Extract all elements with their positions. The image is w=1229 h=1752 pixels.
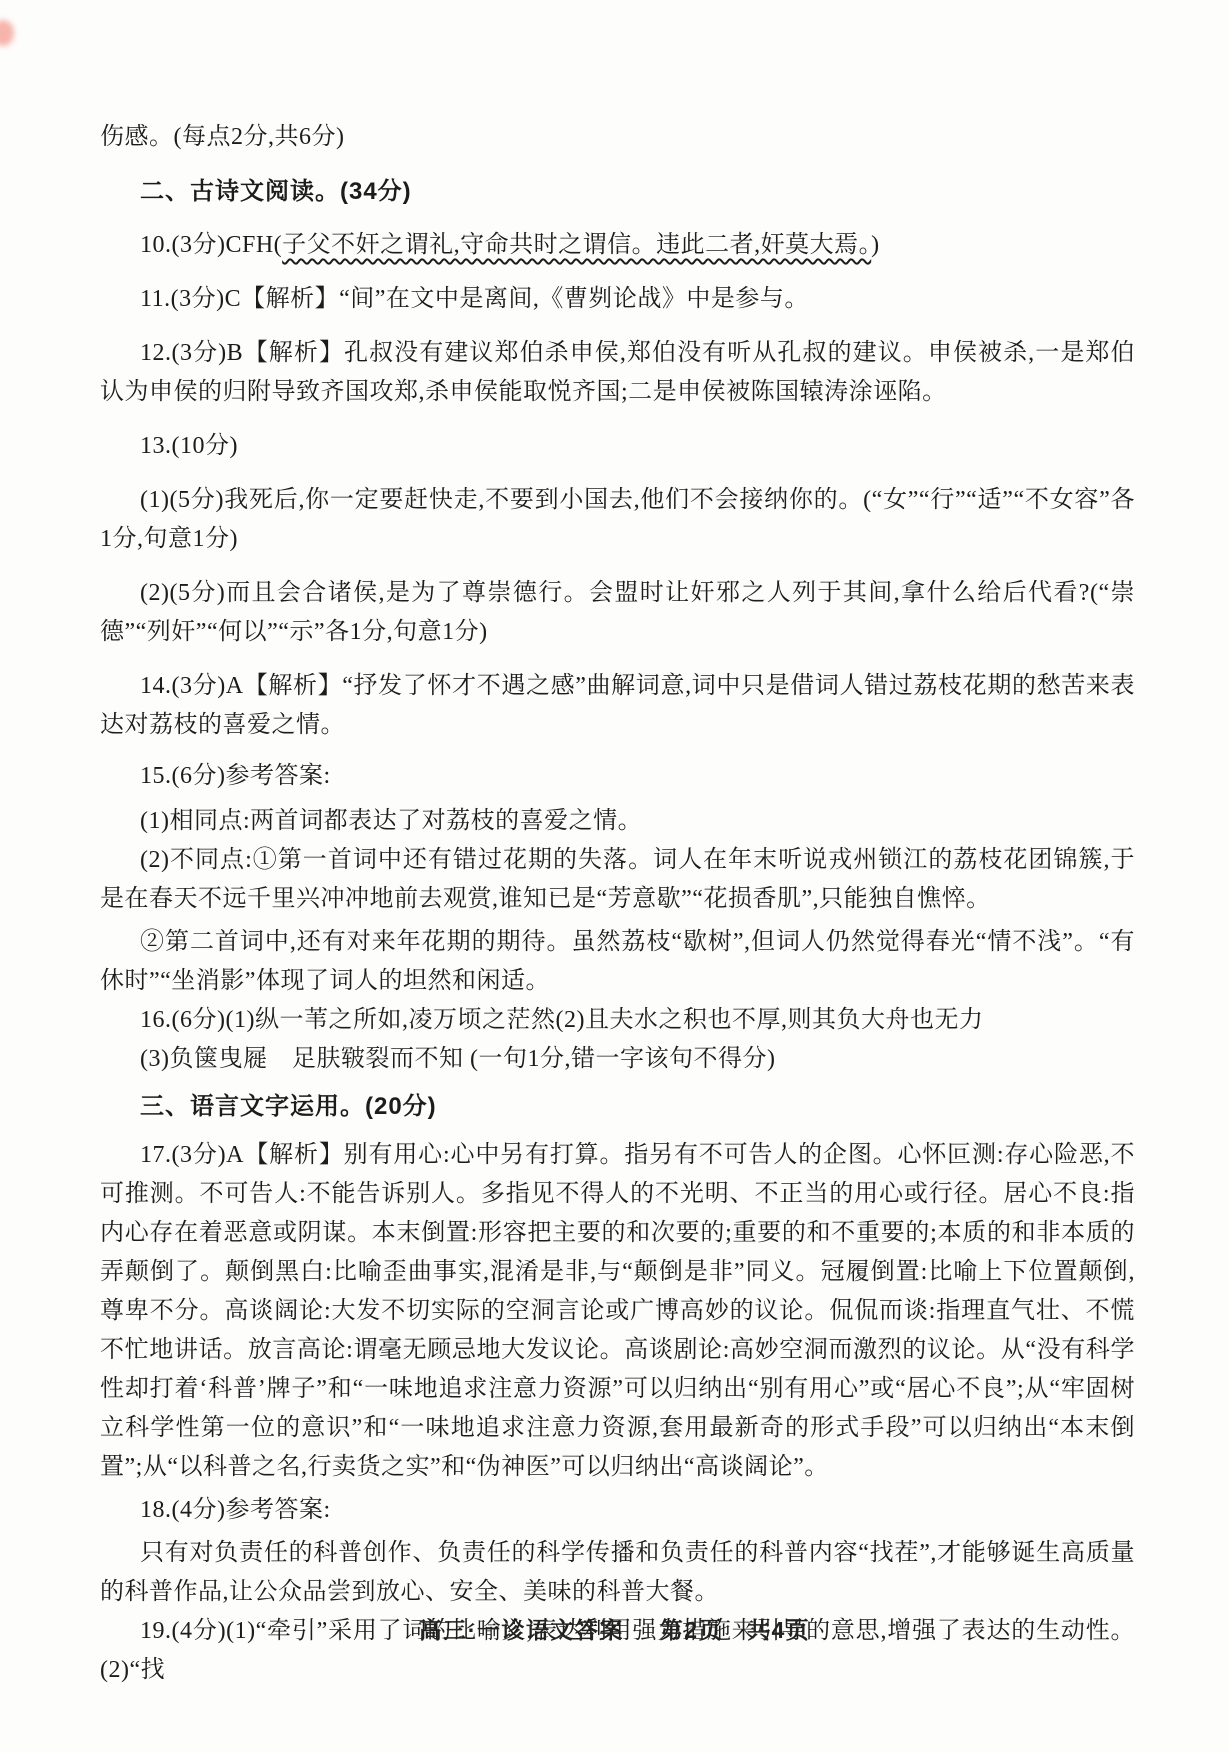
q10-prefix: 10.(3分)CFH(	[140, 232, 282, 258]
section-heading-classical-reading: 二、古诗文阅读。(34分)	[100, 172, 1135, 211]
answer-q18-body: 只有对负责任的科普创作、负责任的科学传播和负责任的科普内容“找茬”,才能够诞生高…	[100, 1534, 1135, 1612]
answer-q13-part2: (2)(5分)而且会合诸侯,是为了尊崇德行。会盟时让奸邪之人列于其间,拿什么给后…	[100, 574, 1135, 652]
answer-q16-part3: (3)负箧曳屣 足肤皲裂而不知 (一句1分,错一字该句不得分)	[100, 1040, 1135, 1079]
answer-q18-heading: 18.(4分)参考答案:	[100, 1491, 1135, 1530]
answer-q15-same-point: (1)相同点:两首词都表达了对荔枝的喜爱之情。	[100, 802, 1135, 841]
answer-q17: 17.(3分)A【解析】别有用心:心中另有打算。指另有不可告人的企图。心怀叵测:…	[100, 1136, 1135, 1487]
page-footer: 高三·一诊语文答案 第2页 共4页	[0, 1612, 1229, 1645]
footer-page-number: 第2页	[660, 1612, 723, 1645]
footer-page-total: 共4页	[747, 1612, 810, 1645]
answer-q10: 10.(3分)CFH(子父不奸之谓礼,守命共时之谓信。违此二者,奸莫大焉。)	[100, 226, 1135, 265]
answer-q12: 12.(3分)B【解析】孔叔没有建议郑伯杀申侯,郑伯没有听从孔叔的建议。申侯被杀…	[100, 334, 1135, 412]
answer-q16-part1-2: 16.(6分)(1)纵一苇之所如,凌万顷之茫然(2)且夫水之积也不厚,则其负大舟…	[100, 1001, 1135, 1040]
q10-underlined-quote: 子父不奸之谓礼,守命共时之谓信。违此二者,奸莫大焉。	[282, 232, 871, 258]
answer-q13-heading: 13.(10分)	[100, 427, 1135, 466]
answer-q11: 11.(3分)C【解析】“间”在文中是离间,《曹刿论战》中是参与。	[100, 280, 1135, 319]
answer-sheet-page: 伤感。(每点2分,共6分) 二、古诗文阅读。(34分) 10.(3分)CFH(子…	[0, 0, 1229, 1752]
scan-artifact-mark	[0, 20, 14, 46]
page-content: 伤感。(每点2分,共6分) 二、古诗文阅读。(34分) 10.(3分)CFH(子…	[100, 118, 1135, 1690]
answer-q13-part1: (1)(5分)我死后,你一定要赶快走,不要到小国去,他们不会接纳你的。(“女”“…	[100, 481, 1135, 559]
answer-q15-heading: 15.(6分)参考答案:	[100, 757, 1135, 796]
answer-q15-diff-point-2: ②第二首词中,还有对来年花期的期待。虽然荔枝“歇树”,但词人仍然觉得春光“情不浅…	[100, 923, 1135, 1001]
section-heading-language-use: 三、语言文字运用。(20分)	[100, 1087, 1135, 1126]
answer-q15-diff-point-1: (2)不同点:①第一首词中还有错过花期的失落。词人在年末听说戎州锁江的荔枝花团锦…	[100, 841, 1135, 919]
q10-suffix: )	[871, 232, 880, 258]
footer-exam-title: 高三·一诊语文答案	[419, 1612, 624, 1645]
continuation-line: 伤感。(每点2分,共6分)	[100, 118, 1135, 157]
answer-q14: 14.(3分)A【解析】“抒发了怀才不遇之感”曲解词意,词中只是借词人错过荔枝花…	[100, 667, 1135, 745]
